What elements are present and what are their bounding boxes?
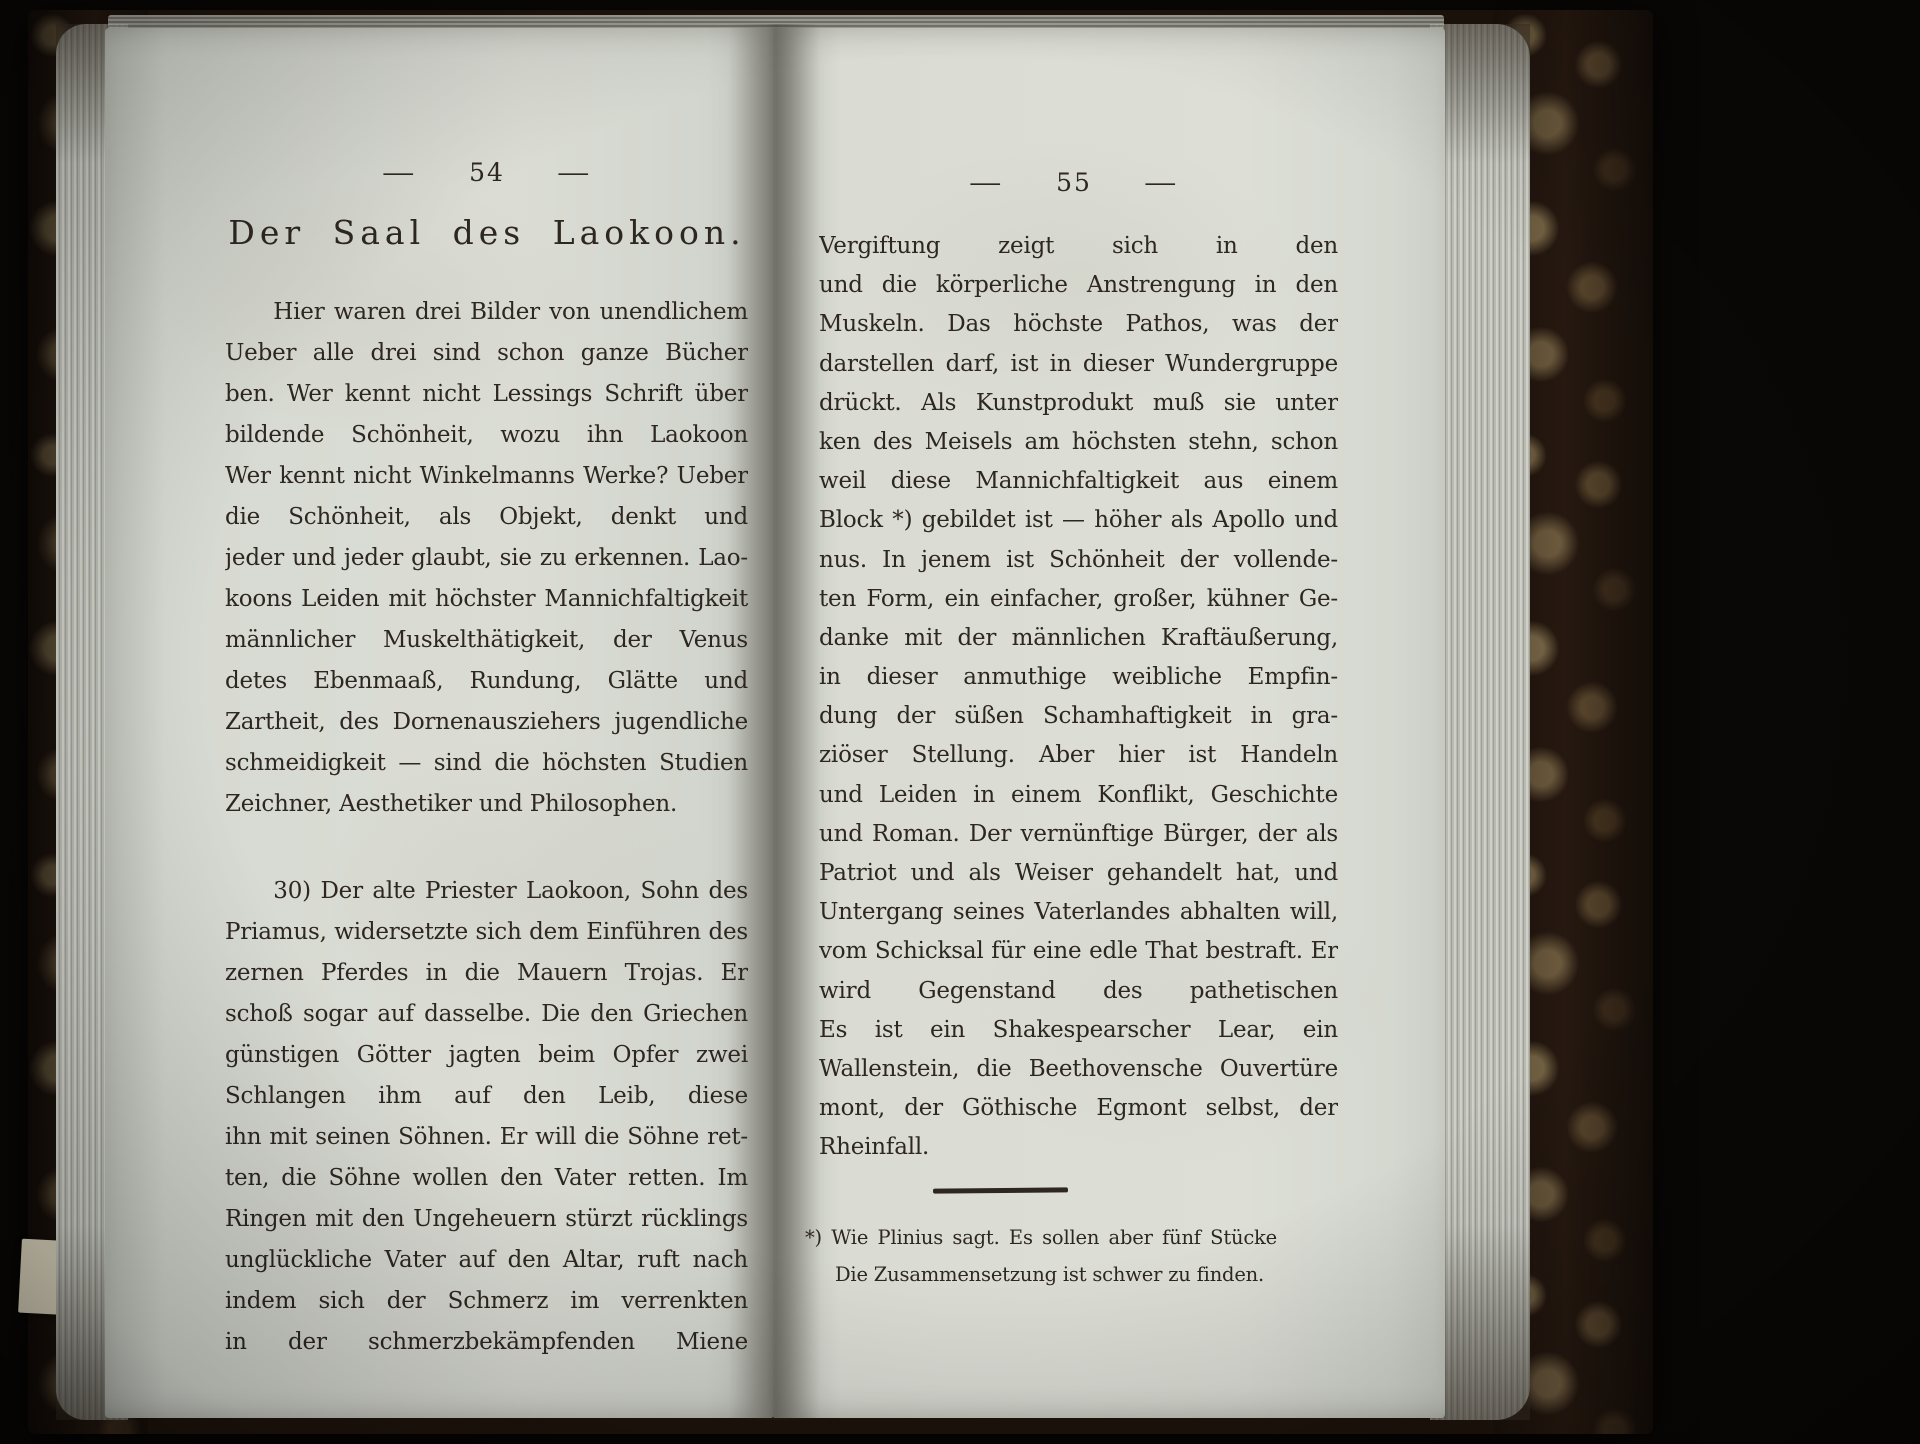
text-line: bildende Schönheit, wozu ihn Laokoon beg… <box>225 415 748 456</box>
text-line: schmeidigkeit — sind die höchsten Studie… <box>225 743 748 784</box>
paragraph: Hier waren drei Bilder von unendlichem W… <box>225 292 748 825</box>
footnote-separator-rule <box>933 1187 1068 1193</box>
page-number-right: 55 <box>1056 168 1092 197</box>
chapter-title: Der Saal des Laokoon. <box>105 213 773 252</box>
footnote: *) Wie Plinius sagt. Es sollen aber fünf… <box>805 1219 1277 1293</box>
left-page-header: — 54 — <box>105 158 773 187</box>
text-line: ihn mit seinen Söhnen. Er will die Söhne… <box>225 1117 748 1158</box>
page-number-left: 54 <box>469 158 505 187</box>
text-line: Block *) gebildet ist — höher als Apollo… <box>819 501 1338 540</box>
text-line: Zeichner, Aesthetiker und Philosophen. <box>225 784 748 825</box>
text-line: darstellen darf, ist in dieser Wundergru… <box>819 345 1338 384</box>
text-line: detes Ebenmaaß, Rundung, Glätte und weib… <box>225 661 748 702</box>
left-page-body: Hier waren drei Bilder von unendlichem W… <box>105 292 773 1363</box>
text-line: Priamus, widersetzte sich dem Einführen … <box>225 912 748 953</box>
header-dash-right: — <box>557 158 592 187</box>
text-line: in der schmerzbekämpfenden Miene ausspri… <box>225 1322 748 1363</box>
text-line: mont, der Göthische Egmont selbst, der F… <box>819 1089 1338 1128</box>
text-line: Hier waren drei Bilder von unendlichem W… <box>225 292 748 333</box>
text-line: *) Wie Plinius sagt. Es sollen aber fünf… <box>805 1219 1277 1256</box>
text-line: ken des Meisels am höchsten stehn, schon… <box>819 423 1338 462</box>
text-line: ziöser Stellung. Aber hier ist Handeln <box>819 736 1338 775</box>
text-line: und Roman. Der vernünftige Bürger, der a… <box>819 815 1338 854</box>
text-line: Die Zusammensetzung ist schwer zu finden… <box>805 1256 1277 1293</box>
text-line: die Schönheit, als Objekt, denkt und emp… <box>225 497 748 538</box>
text-line: männlicher Muskelthätigkeit, der Venus v… <box>225 620 748 661</box>
text-line: Untergang seines Vaterlandes abhalten wi… <box>819 893 1338 932</box>
text-line: vom Schicksal für eine edle That bestraf… <box>819 932 1338 971</box>
text-line: Vergiftung zeigt sich in den aufgeschwol… <box>819 227 1338 266</box>
photo-backdrop: — 54 — Der Saal des Laokoon. Hier waren … <box>0 0 1920 1444</box>
text-line: Es ist ein Shakespearscher Lear, ein Sch… <box>819 1011 1338 1050</box>
right-page: — 55 — Vergiftung zeigt sich in den aufg… <box>773 28 1445 1418</box>
text-line: Ringen mit den Ungeheuern stürzt rücklin… <box>225 1199 748 1240</box>
text-line: in dieser anmuthige weibliche Empfin- <box>819 658 1338 697</box>
text-line: nus. In jenem ist Schönheit der vollende… <box>819 541 1338 580</box>
text-line: ben. Wer kennt nicht Lessings Schrift üb… <box>225 374 748 415</box>
text-line: wird Gegenstand des pathetischen Trauers… <box>819 972 1338 1011</box>
right-page-header: — 55 — <box>773 168 1445 197</box>
text-line: indem sich der Schmerz im verrenkten Kör… <box>225 1281 748 1322</box>
text-line: und die körperliche Anstrengung in den F… <box>819 266 1338 305</box>
text-line: Wallenstein, die Beethovensche Ouvertüre… <box>819 1050 1338 1089</box>
text-line: schoß sogar auf dasselbe. Die den Griech… <box>225 994 748 1035</box>
text-line: 30) Der alte Priester Laokoon, Sohn des <box>225 871 748 912</box>
text-line: zernen Pferdes in die Mauern Trojas. Er <box>225 953 748 994</box>
text-line: und Leiden in einem Konflikt, Geschichte <box>819 776 1338 815</box>
open-book: — 54 — Der Saal des Laokoon. Hier waren … <box>28 10 1653 1434</box>
header-dash-right: — <box>1144 168 1179 197</box>
text-line: ten Form, ein einfacher, großer, kühner … <box>819 580 1338 619</box>
text-line: unglückliche Vater auf den Altar, ruft n… <box>225 1240 748 1281</box>
header-dash-left: — <box>969 168 1004 197</box>
text-line: Zartheit, des Dornenausziehers jugendlic… <box>225 702 748 743</box>
text-line: weil diese Mannichfaltigkeit aus einem e… <box>819 462 1338 501</box>
text-line: ten, die Söhne wollen den Vater retten. … <box>225 1158 748 1199</box>
text-line: jeder und jeder glaubt, sie zu erkennen.… <box>225 538 748 579</box>
text-line: Ueber alle drei sind schon ganze Bücher … <box>225 333 748 374</box>
right-page-stack-edges <box>1430 24 1530 1420</box>
text-line: danke mit der männlichen Kraftäußerung, <box>819 619 1338 658</box>
text-line: Rheinfall. <box>819 1128 1338 1167</box>
text-line: drückt. Als Kunstprodukt muß sie unter a… <box>819 384 1338 423</box>
text-line: dung der süßen Schamhaftigkeit in gra- <box>819 697 1338 736</box>
right-page-body: Vergiftung zeigt sich in den aufgeschwol… <box>773 227 1445 1168</box>
left-page: — 54 — Der Saal des Laokoon. Hier waren … <box>105 28 773 1418</box>
text-line: Wer kennt nicht Winkelmanns Werke? Ueber <box>225 456 748 497</box>
text-line: Schlangen ihm auf den Leib, diese umschl… <box>225 1076 748 1117</box>
header-dash-left: — <box>382 158 417 187</box>
text-line: Patriot und als Weiser gehandelt hat, un… <box>819 854 1338 893</box>
paragraph: 30) Der alte Priester Laokoon, Sohn desP… <box>225 871 748 1363</box>
text-line: günstigen Götter jagten beim Opfer zwei … <box>225 1035 748 1076</box>
text-line: Muskeln. Das höchste Pathos, was der Kün… <box>819 305 1338 344</box>
top-page-stack-edges <box>108 15 1444 29</box>
text-line: koons Leiden mit höchster Mannichfaltigk… <box>225 579 748 620</box>
